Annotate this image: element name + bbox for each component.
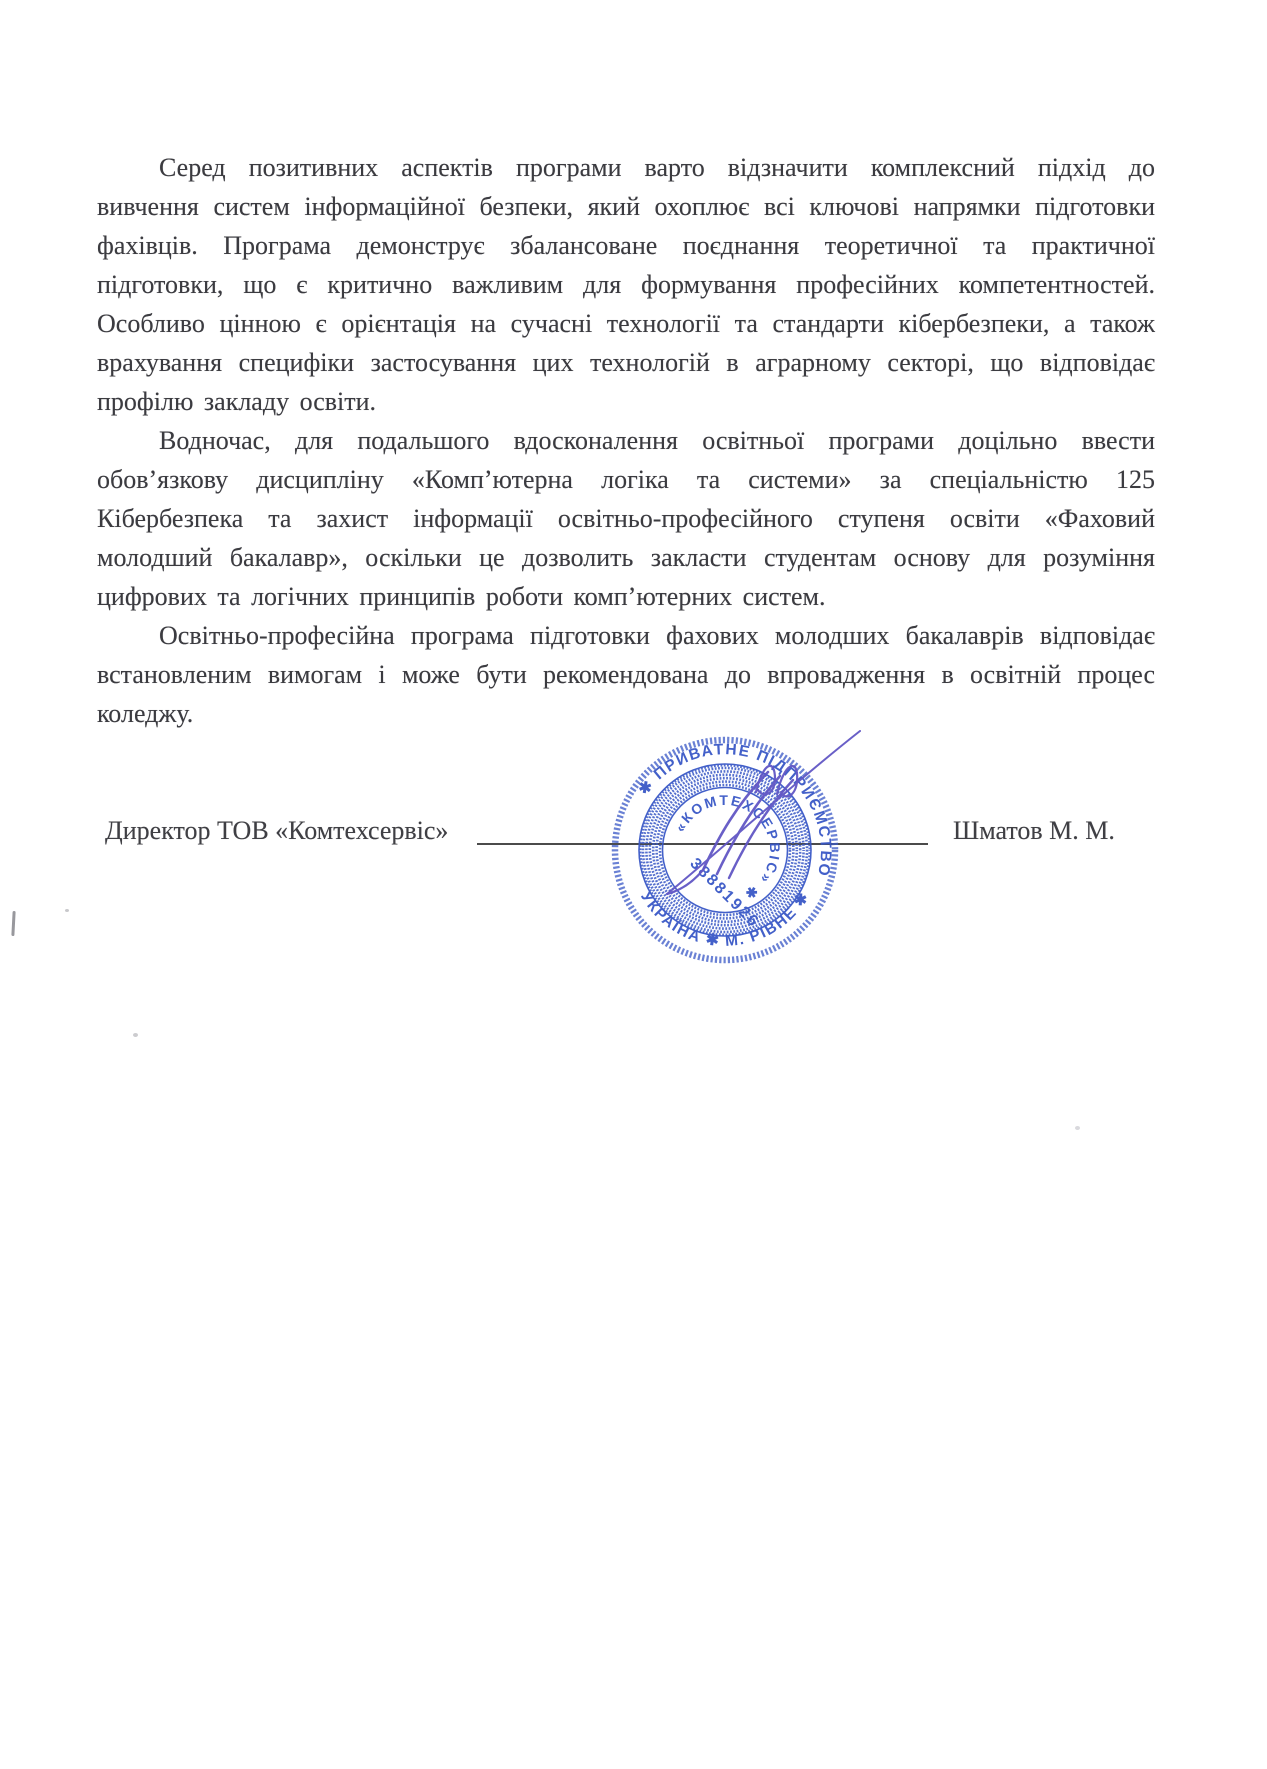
- paragraph-recommendation: Водночас, для подальшого вдосконалення о…: [97, 421, 1155, 616]
- scan-artifact-speck: [133, 1033, 138, 1037]
- signatory-title: Директор ТОВ «Комтехсервіс»: [105, 816, 448, 846]
- scan-artifact-stroke: [11, 911, 15, 936]
- letter-body: Серед позитивних аспектів програми варто…: [97, 148, 1155, 733]
- pen-signature-strokes: [667, 731, 860, 894]
- scanned-letter-page: Серед позитивних аспектів програми варто…: [0, 0, 1267, 1769]
- paragraph-positives: Серед позитивних аспектів програми варто…: [97, 148, 1155, 421]
- scan-artifact-speck: [1075, 1126, 1080, 1130]
- signatory-name: Шматов М. М.: [953, 816, 1115, 846]
- pen-signature: [585, 700, 905, 920]
- scan-artifact-speck: [65, 909, 69, 912]
